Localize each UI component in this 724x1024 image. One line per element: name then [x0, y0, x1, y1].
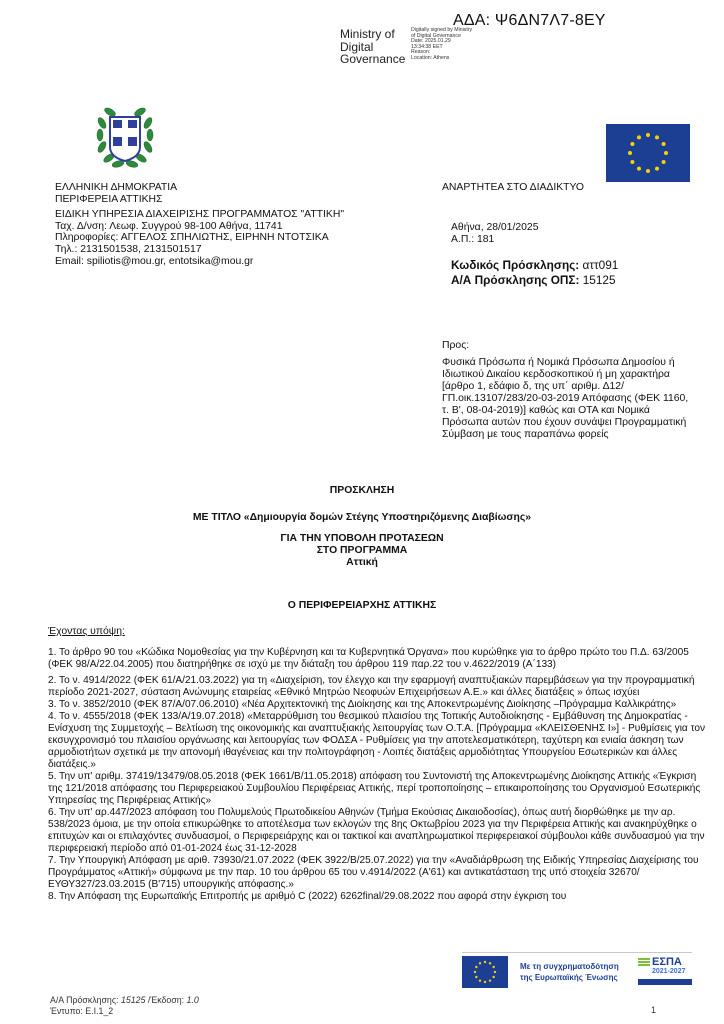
eu-flag-small-icon — [462, 956, 508, 988]
sender-country: ΕΛΛΗΝΙΚΗ ΔΗΜΟΚΡΑΤΙΑ — [55, 182, 344, 194]
espa-logo: ΕΣΠΑ 2021-2027 — [638, 956, 692, 988]
footer-edition-label: /Έκδοση: — [148, 995, 184, 1005]
footer-call-label: Α/Α Πρόσκλησης: — [50, 995, 119, 1005]
authority-heading: Ο ΠΕΡΙΦΕΡΕΙΑΡΧΗΣ ΑΤΤΙΚΗΣ — [0, 600, 724, 612]
list-item: 3. Το ν. 3852/2010 (ΦΕΚ 87/Α/07.06.2010)… — [48, 699, 710, 711]
footer-edition-value: 1.0 — [187, 995, 199, 1005]
sender-block: ΕΛΛΗΝΙΚΗ ΔΗΜΟΚΡΑΤΙΑ ΠΕΡΙΦΕΡΕΙΑ ΑΤΤΙΚΗΣ Ε… — [55, 182, 344, 267]
signature-meta: Digitally signed by Ministry of Digital … — [411, 28, 472, 62]
cofunding-line: της Ευρωπαϊκής Ένωσης — [520, 972, 619, 983]
footer-info: Α/Α Πρόσκλησης: 15125 /Έκδοση: 1.0 Έντυπ… — [50, 995, 199, 1016]
protocol-number: Α.Π.: 181 — [451, 234, 538, 246]
call-code: Κωδικός Πρόσκλησης: αττ091 — [451, 258, 618, 273]
espa-stripes-icon — [638, 958, 650, 968]
eu-flag-icon — [606, 124, 690, 182]
footer-divider — [462, 952, 692, 953]
cofunding-line: Με τη συγχρηματοδότηση — [520, 961, 619, 972]
sender-email: Email: spiliotis@mou.gr, entotsika@mou.g… — [55, 256, 344, 268]
date-protocol: Αθήνα, 28/01/2025 Α.Π.: 181 — [451, 222, 538, 246]
program-name: Αττική — [0, 557, 724, 569]
recipients-label: Προς: — [442, 340, 469, 351]
list-item: 4. Το ν. 4555/2018 (ΦΕΚ 133/Α/19.07.2018… — [48, 711, 710, 771]
cofunding-text: Με τη συγχρηματοδότηση της Ευρωπαϊκής Έν… — [520, 961, 619, 983]
list-item: 5. Την υπ' αριθμ. 37419/13479/08.05.2018… — [48, 771, 710, 807]
document-date: Αθήνα, 28/01/2025 — [451, 222, 538, 234]
submission-line: ΓΙΑ ΤΗΝ ΥΠΟΒΟΛΗ ΠΡΟΤΑΣΕΩΝ — [0, 533, 724, 545]
cofunding-logo: Με τη συγχρηματοδότηση της Ευρωπαϊκής Έν… — [462, 956, 692, 988]
footer-call-line: Α/Α Πρόσκλησης: 15125 /Έκδοση: 1.0 — [50, 995, 199, 1006]
sender-info: Πληροφορίες: ΑΓΓΕΛΟΣ ΣΠΗΛΙΩΤΗΣ, ΕΙΡΗΝΗ Ν… — [55, 232, 344, 244]
page-number: 1 — [651, 1005, 656, 1015]
signer-line: Ministry of — [340, 28, 405, 41]
ada-number: ΑΔΑ: Ψ6ΔΝ7Λ7-8ΕΥ — [453, 12, 606, 30]
sender-region: ΠΕΡΙΦΕΡΕΙΑ ΑΤΤΙΚΗΣ — [55, 194, 344, 206]
signer-line: Governance — [340, 53, 405, 66]
signature-meta-line: Location: Athens — [411, 56, 472, 62]
ops-code-value: 15125 — [583, 273, 616, 287]
footer-form: Έντυπο: Ε.Ι.1_2 — [50, 1006, 199, 1017]
post-notice: ΑΝΑΡΤΗΤΕΑ ΣΤΟ ΔΙΑΔΙΚΤΥΟ — [442, 182, 584, 193]
list-item: 2. Το ν. 4914/2022 (ΦΕΚ 61/Α/21.03.2022)… — [48, 675, 710, 699]
sender-agency: ΕΙΔΙΚΗ ΥΠΗΡΕΣΙΑ ΔΙΑΧΕΙΡΙΣΗΣ ΠΡΟΓΡΑΜΜΑΤΟΣ… — [55, 209, 344, 221]
espa-title: ΕΣΠΑ — [652, 956, 682, 968]
espa-years: 2021-2027 — [652, 968, 685, 975]
espa-bar — [638, 979, 692, 985]
call-codes: Κωδικός Πρόσκλησης: αττ091 Α/Α Πρόσκληση… — [451, 258, 618, 288]
considering-label: Έχοντας υπόψη: — [48, 626, 125, 637]
list-item: 1. Το άρθρο 90 του «Κώδικα Νομοθεσίας γι… — [48, 647, 710, 671]
signature-signer: Ministry of Digital Governance — [340, 28, 405, 66]
sender-phone: Τηλ.: 2131501538, 2131501517 — [55, 244, 344, 256]
submission-line: ΣΤΟ ΠΡΟΓΡΑΜΜΑ — [0, 545, 724, 557]
footer-call-value: 15125 — [121, 995, 145, 1005]
call-subtitle: ΜΕ ΤΙΤΛΟ «Δημιουργία δομών Στέγης Υποστη… — [0, 512, 724, 524]
considerations-list: 1. Το άρθρο 90 του «Κώδικα Νομοθεσίας γι… — [48, 647, 710, 903]
list-item: 6. Την υπ' αρ.447/2023 απόφαση του Πολυμ… — [48, 807, 710, 855]
ops-code-label: Α/Α Πρόσκλησης ΟΠΣ: — [451, 273, 579, 287]
call-submission: ΓΙΑ ΤΗΝ ΥΠΟΒΟΛΗ ΠΡΟΤΑΣΕΩΝ ΣΤΟ ΠΡΟΓΡΑΜΜΑ … — [0, 533, 724, 569]
call-code-label: Κωδικός Πρόσκλησης: — [451, 258, 579, 272]
call-code-value: αττ091 — [583, 258, 619, 272]
ops-code: Α/Α Πρόσκλησης ΟΠΣ: 15125 — [451, 273, 618, 288]
greek-coat-of-arms-icon — [96, 103, 154, 171]
list-item: 7. Την Υπουργική Απόφαση με αριθ. 73930/… — [48, 855, 710, 891]
recipients-text: Φυσικά Πρόσωπα ή Νομικά Πρόσωπα Δημοσίου… — [442, 357, 692, 441]
sender-address: Ταχ. Δ/νση: Λεωφ. Συγγρού 98-100 Αθήνα, … — [55, 221, 344, 233]
list-item: 8. Την Απόφαση της Ευρωπαϊκής Επιτροπής … — [48, 891, 710, 903]
call-heading: ΠΡΟΣΚΛΗΣΗ — [0, 485, 724, 497]
